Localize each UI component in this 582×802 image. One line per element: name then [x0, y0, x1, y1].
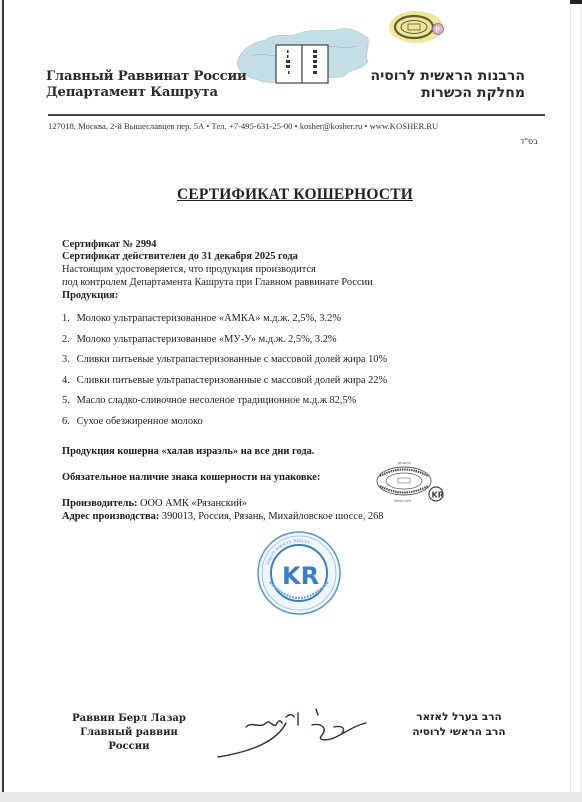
header-divider	[48, 114, 545, 116]
item-number: 2.	[62, 333, 74, 346]
list-item: 6. Сухое обезжиренное молоко	[62, 415, 387, 436]
certificate-statement-line2: под контролем Департамента Кашрута при Г…	[62, 277, 373, 290]
header-org-russian: Главный Раввинат России Департамент Кашр…	[46, 69, 247, 101]
kosher-mark-icon: בהשגחת חלב ישראל KR	[370, 459, 450, 507]
item-text: Сливки питьевые ультрапастеризованные с …	[77, 375, 388, 386]
product-list: 1. Молоко ультрапастеризованное «АМКА» м…	[62, 312, 387, 435]
contact-address-line: 127018, Москва, 2-й Вышеславцев пер. 5А …	[48, 121, 438, 131]
certificate-number: Сертификат № 2994	[62, 239, 156, 252]
item-text: Сливки питьевые ультрапастеризованные с …	[77, 354, 388, 365]
certificate-page: P Главный Раввинат России Департамент Ка…	[2, 0, 580, 792]
signatory-hebrew: הרב בערל לאזאר הרב הראשי לרוסיה	[404, 710, 514, 740]
header-org-hebrew: הרבנות הראשית לרוסיה מחלקת הכשרות	[370, 68, 525, 102]
viewer-bottom-strip	[0, 792, 582, 802]
item-text: Масло сладко-сливочное несоленое традици…	[77, 395, 357, 406]
svg-text:KR: KR	[282, 562, 319, 590]
page-edge-tab	[570, 0, 582, 4]
producer-label: Производитель:	[62, 498, 137, 509]
signatory-name-hebrew: הרב בערל לאזאר	[404, 710, 514, 725]
list-item: 4. Сливки питьевые ультрапастеризованные…	[62, 374, 387, 395]
signatory-title: Главный раввин России	[64, 726, 194, 754]
page-fold-line	[570, 6, 571, 792]
bsd-mark: בס"ד	[520, 137, 538, 146]
svg-text:P: P	[436, 26, 440, 34]
item-number: 1.	[62, 312, 74, 325]
item-number: 3.	[62, 353, 74, 366]
signatory-name: Раввин Берл Лазар	[64, 712, 194, 726]
certificate-validity: Сертификат действителен до 31 декабря 20…	[62, 251, 298, 264]
svg-text:חלב ישראל: חלב ישראל	[394, 499, 411, 503]
production-address-line: Адрес производства: 390013, Россия, Ряза…	[62, 511, 384, 522]
producer-value: ООО АМК «Рязанский»	[137, 498, 247, 509]
list-item: 1. Молоко ультрапастеризованное «АМКА» м…	[62, 312, 387, 333]
list-item: 2. Молоко ультрапастеризованное «МУ-У» м…	[62, 333, 387, 354]
kr-stamp-icon: הרבנות הראשית לרוסיה KR	[256, 530, 342, 616]
signatory-title-hebrew: הרב הראשי לרוסיה	[404, 725, 514, 740]
header-org-name: Главный Раввинат России	[46, 69, 247, 85]
item-number: 4.	[62, 374, 74, 387]
certificate-statement-line1: Настоящим удостоверяется, что продукция …	[62, 264, 316, 277]
products-label: Продукция:	[62, 290, 118, 303]
handwritten-signature-icon	[216, 705, 396, 765]
item-text: Молоко ультрапастеризованное «АМКА» м.д.…	[77, 313, 341, 324]
svg-text:KR: KR	[432, 491, 444, 500]
production-address-label: Адрес производства:	[62, 511, 159, 522]
kosher-seal-icon: P	[389, 10, 447, 44]
header-org-name-hebrew: הרבנות הראשית לרוסיה	[370, 68, 525, 85]
producer-line: Производитель: ООО АМК «Рязанский»	[62, 498, 247, 509]
russia-map-tablets-icon	[232, 18, 372, 96]
page-title: СЕРТИФИКАТ КОШЕРНОСТИ	[4, 186, 582, 204]
item-number: 6.	[62, 415, 74, 428]
item-text: Молоко ультрапастеризованное «МУ-У» м.д.…	[77, 334, 337, 345]
item-text: Сухое обезжиренное молоко	[77, 416, 203, 427]
list-item: 3. Сливки питьевые ультрапастеризованные…	[62, 353, 387, 374]
svg-text:בהשגחת: בהשגחת	[398, 461, 411, 465]
halav-israel-statement: Продукция кошерна «халав израэль» на все…	[62, 446, 314, 457]
item-number: 5.	[62, 394, 74, 407]
list-item: 5. Масло сладко-сливочное несоленое трад…	[62, 394, 387, 415]
header-department-name: Департамент Кашрута	[46, 85, 247, 101]
production-address-value: 390013, Россия, Рязань, Михайловское шос…	[159, 511, 383, 522]
header-department-name-hebrew: מחלקת הכשרות	[370, 85, 525, 102]
signatory-russian: Раввин Берл Лазар Главный раввин России	[64, 712, 194, 754]
mandatory-mark-statement: Обязательное наличие знака кошерности на…	[62, 472, 320, 483]
